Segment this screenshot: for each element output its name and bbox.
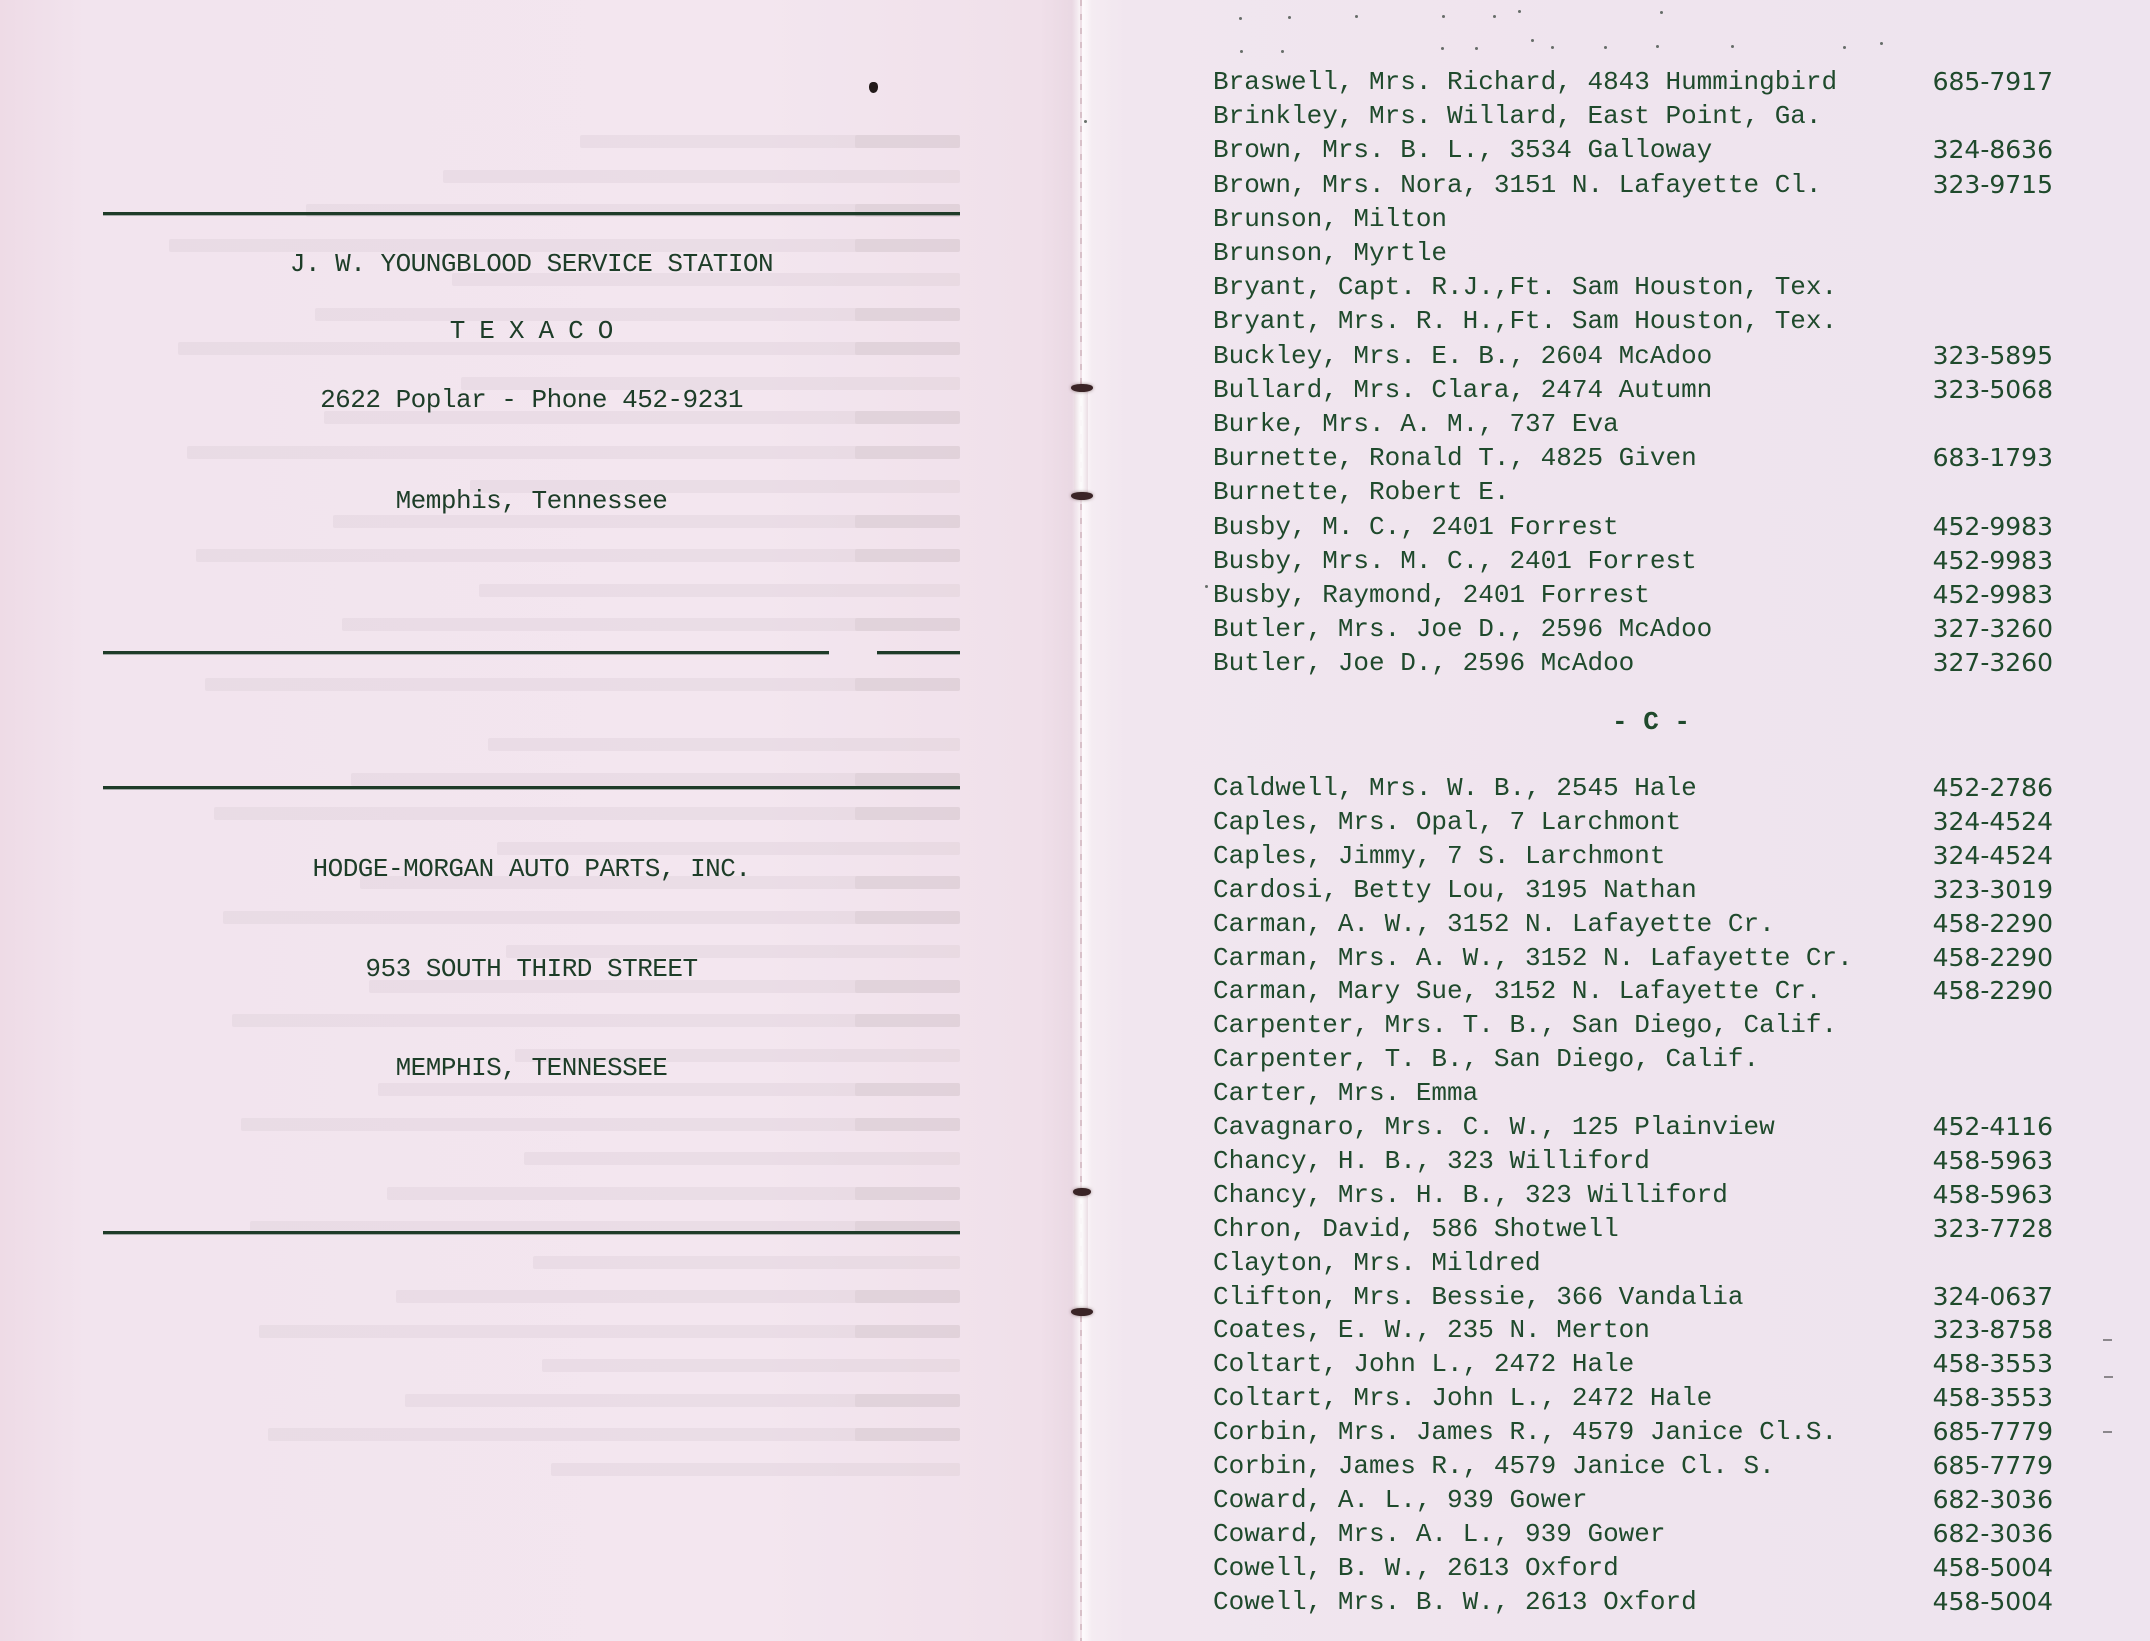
paper-speck — [1288, 16, 1291, 19]
directory-entry: Chancy, Mrs. H. B., 323 Williford458-596… — [1213, 1178, 2053, 1212]
directory-entry: Corbin, Mrs. James R., 4579 Janice Cl.S.… — [1213, 1415, 2053, 1449]
bleed-through-line — [855, 1118, 960, 1131]
directory-entry: Chron, David, 586 Shotwell323-7728 — [1213, 1212, 2053, 1246]
bleed-through-line — [855, 1290, 960, 1303]
entry-name-address: Coward, Mrs. A. L., 939 Gower — [1213, 1517, 1665, 1551]
directory-entry: Caldwell, Mrs. W. B., 2545 Hale452-2786 — [1213, 771, 2053, 805]
directory-entry: Clifton, Mrs. Bessie, 366 Vandalia324-06… — [1213, 1280, 2053, 1314]
section-heading-c: - C - — [1551, 706, 1751, 738]
directory-entry: Burnette, Ronald T., 4825 Given683-1793 — [1213, 441, 2053, 475]
directory-entry: Brown, Mrs. B. L., 3534 Galloway324-8636 — [1213, 133, 2053, 167]
paper-speck — [1084, 120, 1087, 123]
edge-mark — [2103, 1339, 2112, 1341]
paper-speck — [1660, 11, 1663, 14]
ad-address-phone: 2622 Poplar - Phone 452-9231 — [103, 384, 960, 416]
directory-entry: Chancy, H. B., 323 Williford458-5963 — [1213, 1144, 2053, 1178]
entry-phone: 683-1793 — [1933, 441, 2053, 475]
directory-entry: Caples, Jimmy, 7 S. Larchmont324-4524 — [1213, 839, 2053, 873]
directory-entry: Carter, Mrs. Emma — [1213, 1076, 2053, 1110]
entry-name-address: Bryant, Capt. R.J.,Ft. Sam Houston, Tex. — [1213, 270, 1837, 304]
bleed-through-line — [855, 1014, 960, 1027]
bleed-through-line — [855, 678, 960, 691]
directory-entry: Butler, Joe D., 2596 McAdoo327-3260 — [1213, 646, 2053, 680]
paper-speck — [1604, 46, 1607, 49]
directory-entry: Coward, A. L., 939 Gower682-3036 — [1213, 1483, 2053, 1517]
entry-name-address: Coltart, Mrs. John L., 2472 Hale — [1213, 1381, 1712, 1415]
staple-icon — [1071, 492, 1093, 500]
ad-city: Memphis, Tennessee — [103, 485, 960, 517]
entry-phone: 458-2290 — [1933, 974, 2053, 1008]
directory-entry: Braswell, Mrs. Richard, 4843 Hummingbird… — [1213, 65, 2053, 99]
bleed-through-line — [855, 1394, 960, 1407]
entry-phone: 327-3260 — [1933, 646, 2053, 680]
directory-entry: Coltart, John L., 2472 Hale458-3553 — [1213, 1347, 2053, 1381]
paper-speck — [1441, 47, 1444, 50]
divider-rule — [103, 212, 960, 215]
paper-speck — [1493, 15, 1496, 18]
bleed-through-line — [855, 549, 960, 562]
entry-phone: 458-5963 — [1933, 1178, 2053, 1212]
bleed-through-line — [479, 584, 960, 597]
ad-business-name: HODGE-MORGAN AUTO PARTS, INC. — [103, 853, 960, 885]
entry-name-address: Coltart, John L., 2472 Hale — [1213, 1347, 1634, 1381]
entry-phone: 452-9983 — [1933, 578, 2053, 612]
ad-brand: TEXACO — [103, 315, 960, 347]
bleed-through-line — [855, 204, 960, 217]
paper-speck — [1843, 46, 1846, 49]
ad-street-address: 953 SOUTH THIRD STREET — [103, 953, 960, 985]
bleed-through-line — [533, 1256, 960, 1269]
entry-name-address: Buckley, Mrs. E. B., 2604 McAdoo — [1213, 339, 1712, 373]
bleed-through-line — [187, 446, 960, 459]
directory-entry: Carpenter, T. B., San Diego, Calif. — [1213, 1042, 2053, 1076]
paper-speck — [1551, 46, 1554, 49]
bleed-through-line — [223, 911, 960, 924]
paper-speck — [1205, 585, 1208, 588]
divider-rule — [103, 1231, 960, 1234]
directory-entry: Coates, E. W., 235 N. Merton323-8758 — [1213, 1313, 2053, 1347]
entry-name-address: Bryant, Mrs. R. H.,Ft. Sam Houston, Tex. — [1213, 304, 1837, 338]
directory-entry: Cardosi, Betty Lou, 3195 Nathan323-3019 — [1213, 873, 2053, 907]
entry-name-address: Brinkley, Mrs. Willard, East Point, Ga. — [1213, 99, 1822, 133]
entry-phone: 324-0637 — [1933, 1280, 2053, 1314]
entry-name-address: Corbin, James R., 4579 Janice Cl. S. — [1213, 1449, 1775, 1483]
ink-blot — [869, 82, 878, 93]
entry-name-address: Burnette, Ronald T., 4825 Given — [1213, 441, 1697, 475]
directory-entry: Cavagnaro, Mrs. C. W., 125 Plainview452-… — [1213, 1110, 2053, 1144]
entry-name-address: Carman, A. W., 3152 N. Lafayette Cr. — [1213, 907, 1775, 941]
entry-phone: 323-9715 — [1933, 168, 2053, 202]
paper-speck — [1475, 47, 1478, 50]
bleed-through-line — [855, 135, 960, 148]
entry-name-address: Chancy, H. B., 323 Williford — [1213, 1144, 1650, 1178]
bleed-through-line — [855, 911, 960, 924]
entry-name-address: Carter, Mrs. Emma — [1213, 1076, 1478, 1110]
bleed-through-line — [855, 1083, 960, 1096]
entry-name-address: Cavagnaro, Mrs. C. W., 125 Plainview — [1213, 1110, 1775, 1144]
entry-phone: 458-5963 — [1933, 1144, 2053, 1178]
edge-mark — [2103, 1431, 2112, 1433]
entry-name-address: Carman, Mrs. A. W., 3152 N. Lafayette Cr… — [1213, 941, 1853, 975]
entry-phone: 324-4524 — [1933, 839, 2053, 873]
entry-name-address: Caldwell, Mrs. W. B., 2545 Hale — [1213, 771, 1697, 805]
directory-entry: Busby, Raymond, 2401 Forrest452-9983 — [1213, 578, 2053, 612]
entry-name-address: Bullard, Mrs. Clara, 2474 Autumn — [1213, 373, 1712, 407]
staple-band-top — [1074, 390, 1088, 498]
bleed-through-line — [241, 1118, 960, 1131]
entry-phone: 682-3036 — [1933, 1483, 2053, 1517]
entry-phone: 324-8636 — [1933, 133, 2053, 167]
entry-name-address: Brown, Mrs. Nora, 3151 N. Lafayette Cl. — [1213, 168, 1822, 202]
directory-entry: Cowell, Mrs. B. W., 2613 Oxford458-5004 — [1213, 1585, 2053, 1619]
bleed-through-line — [855, 773, 960, 786]
entry-phone: 458-2290 — [1933, 907, 2053, 941]
staple-icon — [1073, 1188, 1091, 1196]
bleed-through-line — [855, 1428, 960, 1441]
directory-entry: Butler, Mrs. Joe D., 2596 McAdoo327-3260 — [1213, 612, 2053, 646]
directory-entry: Carman, A. W., 3152 N. Lafayette Cr.458-… — [1213, 907, 2053, 941]
entry-name-address: Cardosi, Betty Lou, 3195 Nathan — [1213, 873, 1697, 907]
directory-entry: Corbin, James R., 4579 Janice Cl. S.685-… — [1213, 1449, 2053, 1483]
entry-name-address: Braswell, Mrs. Richard, 4843 Hummingbird — [1213, 65, 1837, 99]
entry-name-address: Clifton, Mrs. Bessie, 366 Vandalia — [1213, 1280, 1744, 1314]
staple-icon — [1071, 384, 1093, 392]
directory-entry: Buckley, Mrs. E. B., 2604 McAdoo323-5895 — [1213, 339, 2053, 373]
directory-entry: Carman, Mary Sue, 3152 N. Lafayette Cr.4… — [1213, 974, 2053, 1008]
directory-entry: Brunson, Myrtle — [1213, 236, 2053, 270]
entry-name-address: Brown, Mrs. B. L., 3534 Galloway — [1213, 133, 1712, 167]
entry-phone: 324-4524 — [1933, 805, 2053, 839]
book-spine — [1072, 0, 1092, 1641]
entry-name-address: Caples, Mrs. Opal, 7 Larchmont — [1213, 805, 1681, 839]
entry-name-address: Brunson, Milton — [1213, 202, 1447, 236]
bleed-through-line — [855, 1325, 960, 1338]
entry-phone: 323-5895 — [1933, 339, 2053, 373]
spine-crease — [1080, 0, 1082, 1641]
entry-name-address: Busby, Mrs. M. C., 2401 Forrest — [1213, 544, 1697, 578]
directory-entry: Carman, Mrs. A. W., 3152 N. Lafayette Cr… — [1213, 941, 2053, 975]
entry-name-address: Caples, Jimmy, 7 S. Larchmont — [1213, 839, 1665, 873]
directory-entry: Busby, M. C., 2401 Forrest452-9983 — [1213, 510, 2053, 544]
directory-entry: Brown, Mrs. Nora, 3151 N. Lafayette Cl.3… — [1213, 168, 2053, 202]
entry-name-address: Chancy, Mrs. H. B., 323 Williford — [1213, 1178, 1728, 1212]
entry-phone: 458-2290 — [1933, 941, 2053, 975]
paper-speck — [1281, 50, 1284, 53]
entry-phone: 458-3553 — [1933, 1381, 2053, 1415]
divider-rule — [103, 786, 960, 789]
paper-speck — [1531, 39, 1534, 42]
ad-business-name: J. W. YOUNGBLOOD SERVICE STATION — [103, 248, 960, 280]
divider-rule — [103, 651, 829, 654]
entry-name-address: Cowell, B. W., 2613 Oxford — [1213, 1551, 1619, 1585]
entry-phone: 458-5004 — [1933, 1585, 2053, 1619]
entry-name-address: Busby, M. C., 2401 Forrest — [1213, 510, 1619, 544]
paper-speck — [1518, 10, 1521, 13]
entry-phone: 458-3553 — [1933, 1347, 2053, 1381]
paper-speck — [1656, 45, 1659, 48]
entry-name-address: Busby, Raymond, 2401 Forrest — [1213, 578, 1650, 612]
entry-phone: 323-8758 — [1933, 1313, 2053, 1347]
entry-phone: 452-9983 — [1933, 510, 2053, 544]
paper-speck — [1239, 17, 1242, 20]
entry-phone: 323-7728 — [1933, 1212, 2053, 1246]
directory-entry: Cowell, B. W., 2613 Oxford458-5004 — [1213, 1551, 2053, 1585]
paper-speck — [1355, 15, 1358, 18]
entry-name-address: Cowell, Mrs. B. W., 2613 Oxford — [1213, 1585, 1697, 1619]
entry-name-address: Carman, Mary Sue, 3152 N. Lafayette Cr. — [1213, 974, 1822, 1008]
directory-entry: Bullard, Mrs. Clara, 2474 Autumn323-5068 — [1213, 373, 2053, 407]
entry-name-address: Chron, David, 586 Shotwell — [1213, 1212, 1619, 1246]
entry-name-address: Burnette, Robert E. — [1213, 475, 1509, 509]
entry-name-address: Brunson, Myrtle — [1213, 236, 1447, 270]
bleed-through-line — [214, 807, 960, 820]
directory-entry: Burke, Mrs. A. M., 737 Eva — [1213, 407, 2053, 441]
directory-entry: Bryant, Mrs. R. H.,Ft. Sam Houston, Tex. — [1213, 304, 2053, 338]
entry-phone: 452-4116 — [1933, 1110, 2053, 1144]
entry-phone: 323-5068 — [1933, 373, 2053, 407]
bleed-through-line — [855, 618, 960, 631]
divider-rule — [877, 651, 960, 654]
paper-speck — [1731, 45, 1734, 48]
entry-phone: 327-3260 — [1933, 612, 2053, 646]
directory-entry: Burnette, Robert E. — [1213, 475, 2053, 509]
ad-city: MEMPHIS, TENNESSEE — [103, 1052, 960, 1084]
entry-name-address: Butler, Mrs. Joe D., 2596 McAdoo — [1213, 612, 1712, 646]
entry-name-address: Corbin, Mrs. James R., 4579 Janice Cl.S. — [1213, 1415, 1837, 1449]
bleed-through-line — [196, 549, 960, 562]
bleed-through-line — [524, 1152, 960, 1165]
bleed-through-line — [855, 807, 960, 820]
entry-phone: 682-3036 — [1933, 1517, 2053, 1551]
bleed-through-line — [443, 170, 960, 183]
entry-name-address: Coates, E. W., 235 N. Merton — [1213, 1313, 1650, 1347]
edge-mark — [2104, 1376, 2113, 1378]
entry-name-address: Carpenter, T. B., San Diego, Calif. — [1213, 1042, 1759, 1076]
directory-entry: Coward, Mrs. A. L., 939 Gower682-3036 — [1213, 1517, 2053, 1551]
entry-phone: 452-2786 — [1933, 771, 2053, 805]
entry-name-address: Clayton, Mrs. Mildred — [1213, 1246, 1541, 1280]
entry-phone: 323-3019 — [1933, 873, 2053, 907]
entry-name-address: Carpenter, Mrs. T. B., San Diego, Calif. — [1213, 1008, 1837, 1042]
paper-speck — [1442, 15, 1445, 18]
bleed-through-line — [232, 1014, 960, 1027]
entry-phone: 685-7917 — [1933, 65, 2053, 99]
directory-entry: Brinkley, Mrs. Willard, East Point, Ga. — [1213, 99, 2053, 133]
directory-entry: Clayton, Mrs. Mildred — [1213, 1246, 2053, 1280]
paper-speck — [1240, 50, 1243, 53]
directory-entry: Bryant, Capt. R.J.,Ft. Sam Houston, Tex. — [1213, 270, 2053, 304]
entry-phone: 685-7779 — [1933, 1449, 2053, 1483]
bleed-through-line — [205, 678, 960, 691]
bleed-through-line — [855, 446, 960, 459]
directory-entry: Coltart, Mrs. John L., 2472 Hale458-3553 — [1213, 1381, 2053, 1415]
entry-phone: 685-7779 — [1933, 1415, 2053, 1449]
staple-band-bottom — [1074, 1194, 1088, 1312]
directory-entry: Brunson, Milton — [1213, 202, 2053, 236]
paper-speck — [1880, 42, 1883, 45]
bleed-through-line — [488, 738, 960, 751]
bleed-through-line — [855, 1187, 960, 1200]
directory-entry: Carpenter, Mrs. T. B., San Diego, Calif. — [1213, 1008, 2053, 1042]
staple-icon — [1071, 1308, 1093, 1316]
entry-phone: 452-9983 — [1933, 544, 2053, 578]
entry-name-address: Coward, A. L., 939 Gower — [1213, 1483, 1587, 1517]
bleed-through-line — [551, 1463, 960, 1476]
entry-name-address: Butler, Joe D., 2596 McAdoo — [1213, 646, 1634, 680]
entry-phone: 458-5004 — [1933, 1551, 2053, 1585]
entry-name-address: Burke, Mrs. A. M., 737 Eva — [1213, 407, 1619, 441]
directory-entry: Caples, Mrs. Opal, 7 Larchmont324-4524 — [1213, 805, 2053, 839]
directory-entry: Busby, Mrs. M. C., 2401 Forrest452-9983 — [1213, 544, 2053, 578]
bleed-through-line — [542, 1359, 960, 1372]
